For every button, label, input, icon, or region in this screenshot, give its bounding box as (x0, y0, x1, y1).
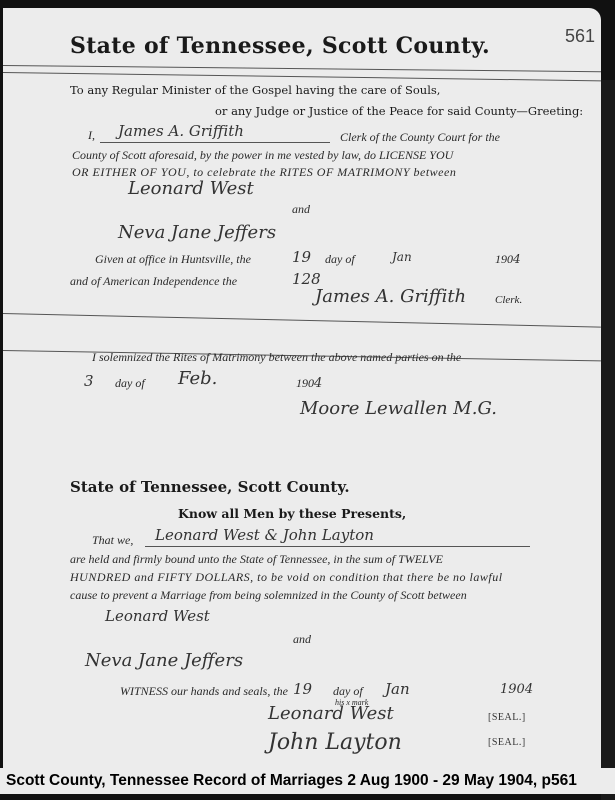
clerk-name-field: James A. Griffith (100, 122, 330, 143)
given-day: 19 (292, 248, 311, 266)
given-at-prefix: Given at office in Huntsville, the (95, 252, 251, 267)
solemnization-day-of-label: day of (115, 376, 145, 391)
witness-year: 1904 (500, 682, 533, 697)
given-year-suffix: 4 (513, 252, 521, 266)
license-body-line-1: Clerk of the County Court for the (340, 130, 500, 145)
bond-subtitle: Know all Men by these Presents, (178, 506, 406, 521)
greeting-line-1: To any Regular Minister of the Gospel ha… (70, 83, 440, 97)
greeting-line-2: or any Judge or Justice of the Peace for… (215, 104, 583, 118)
given-year-printed: 190 (495, 252, 513, 266)
bond-bride-name: Neva Jane Jeffers (85, 650, 243, 671)
license-title: State of Tennessee, Scott County. (0, 33, 560, 59)
solemnization-statement: I solemnized the Rites of Matrimony betw… (92, 350, 461, 365)
bond-body-line-2: HUNDRED and FIFTY DOLLARS, to be void on… (70, 570, 503, 585)
seal-label-2: [SEAL.] (488, 737, 526, 748)
bond-and-label: and (293, 632, 311, 647)
seal-label-1: [SEAL.] (488, 712, 526, 723)
page-edge-shadow (601, 80, 615, 800)
clerk-name-handwritten: James A. Griffith (118, 122, 244, 140)
license-body-line-2: County of Scott aforesaid, by the power … (72, 148, 453, 163)
given-day-of-label: day of (325, 252, 355, 267)
signature-leonard-west: Leonard West (268, 703, 394, 724)
bond-title: State of Tennessee, Scott County. (70, 478, 350, 496)
signature-john-layton: John Layton (268, 730, 402, 755)
solemnization-day: 3 (84, 372, 94, 390)
given-month: Jan (392, 250, 412, 264)
clerk-signature: James A. Griffith (315, 286, 466, 307)
bond-body-line-1: are held and firmly bound unto the State… (70, 552, 443, 567)
bond-groom-name: Leonard West (105, 607, 210, 625)
solemnization-year-printed: 190 (296, 376, 314, 390)
solemnization-year: 1904 (296, 376, 322, 391)
solemnization-month: Feb. (178, 368, 217, 389)
bond-body-line-3: cause to prevent a Marriage from being s… (70, 588, 467, 603)
witness-day-of-label: day of (333, 684, 363, 699)
license-groom-name: Leonard West (128, 178, 254, 199)
solemnization-year-suffix: 4 (314, 376, 322, 391)
officiant-signature: Moore Lewallen M.G. (300, 398, 497, 419)
given-year: 1904 (495, 252, 521, 267)
witness-month: Jan (385, 680, 410, 698)
bondsmen-field: Leonard West & John Layton (145, 526, 530, 547)
license-bride-name: Neva Jane Jeffers (118, 222, 276, 243)
witness-prefix: WITNESS our hands and seals, the (120, 684, 288, 699)
image-caption: Scott County, Tennessee Record of Marria… (0, 768, 615, 794)
independence-prefix: and of American Independence the (70, 274, 237, 289)
page-number: 561 (565, 26, 595, 47)
license-and-label: and (292, 202, 310, 217)
witness-day: 19 (293, 680, 312, 698)
clerk-label: Clerk. (495, 294, 522, 306)
clerk-prefix: I, (88, 128, 95, 143)
signature-mark-label: his x mark (335, 698, 368, 707)
bondsmen-handwritten: Leonard West & John Layton (155, 526, 374, 544)
that-we-prefix: That we, (92, 533, 133, 548)
